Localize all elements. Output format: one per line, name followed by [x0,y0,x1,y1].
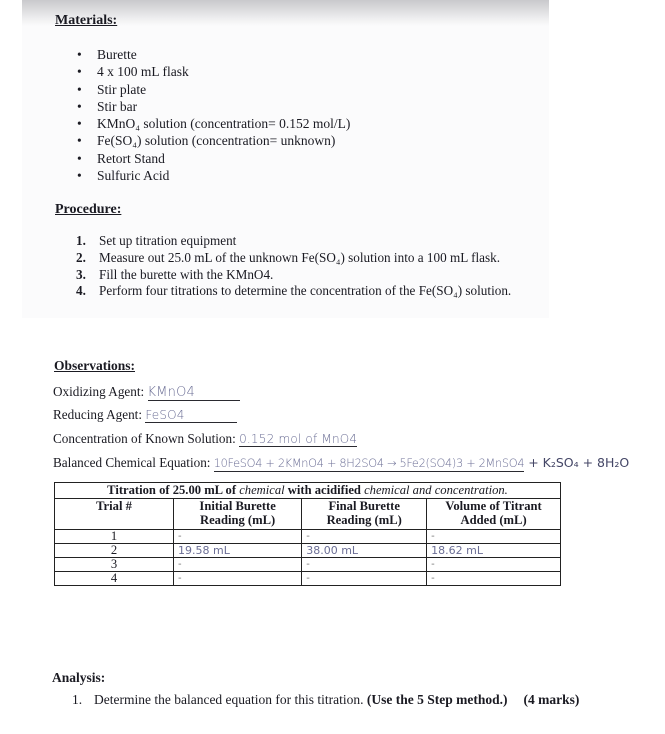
volume-cell[interactable]: - [427,558,561,572]
material-item: Sulfuric Acid [77,167,350,184]
initial-reading-cell[interactable]: 19.58 mL [174,544,302,558]
reducing-agent-field[interactable]: FeSO4 [145,408,237,423]
initial-reading-cell[interactable]: - [174,558,302,572]
column-header: Final Burette Reading (mL) [302,499,427,530]
material-item: Fe(SO₄) solution (concentration= unknown… [77,132,350,149]
column-header: Volume of Titrant Added (mL) [427,499,561,530]
oxidizing-agent-row: Oxidizing Agent: KMnO4 [53,384,240,401]
procedure-step: 3.Fill the burette with the KMnO4. [76,267,511,284]
oxidizing-agent-field[interactable]: KMnO4 [148,386,240,401]
material-item: Stir plate [77,81,350,98]
table-row: 4 - - - [55,572,561,586]
materials-heading: Materials: [55,13,117,29]
concentration-label: Concentration of Known Solution: [53,431,236,446]
concentration-field[interactable]: 0.152 mol of MnO4 [239,432,357,447]
initial-reading-cell[interactable]: - [174,530,302,544]
analysis-heading: Analysis: [52,670,105,686]
final-reading-cell[interactable]: - [302,572,427,586]
analysis-question: 1.Determine the balanced equation for th… [72,692,579,708]
procedure-step: 4.Perform four titrations to determine t… [76,283,511,300]
material-item: 4 x 100 mL flask [77,63,350,80]
volume-cell[interactable]: - [427,530,561,544]
table-caption: Titration of 25.00 mL of chemical with a… [55,483,561,499]
observations-heading: Observations: [54,358,135,374]
procedure-step: 2.Measure out 25.0 mL of the unknown Fe(… [76,250,511,267]
table-row: 3 - - - [55,558,561,572]
procedure-list: 1.Set up titration equipment 2.Measure o… [76,233,511,300]
reducing-agent-label: Reducing Agent: [53,407,142,422]
equation-label: Balanced Chemical Equation: [53,455,210,470]
material-item: Stir bar [77,98,350,115]
final-reading-cell[interactable]: 38.00 mL [302,544,427,558]
material-item: KMnO₄ solution (concentration= 0.152 mol… [77,115,350,132]
table-row: 2 19.58 mL 38.00 mL 18.62 mL [55,544,561,558]
final-reading-cell[interactable]: - [302,558,427,572]
volume-cell[interactable]: 18.62 mL [427,544,561,558]
table-row: 1 - - - [55,530,561,544]
material-item: Burette [77,46,350,63]
marks-label: (4 marks) [524,692,580,707]
material-item: Retort Stand [77,150,350,167]
column-header: Initial Burette Reading (mL) [174,499,302,530]
final-reading-cell[interactable]: - [302,530,427,544]
concentration-row: Concentration of Known Solution: 0.152 m… [53,431,357,447]
titration-table: Titration of 25.00 mL of chemical with a… [54,482,561,586]
oxidizing-agent-label: Oxidizing Agent: [53,384,144,399]
column-header: Trial # [55,499,174,530]
equation-row: Balanced Chemical Equation: 10FeSO4 + 2K… [53,455,629,472]
volume-cell[interactable]: - [427,572,561,586]
materials-list: Burette 4 x 100 mL flask Stir plate Stir… [77,46,350,184]
procedure-step: 1.Set up titration equipment [76,233,511,250]
equation-field[interactable]: 10FeSO4 + 2KMnO4 + 8H2SO4 → 5Fe2(SO4)3 +… [214,457,524,472]
equation-tail: + K₂SO₄ + 8H₂O [524,455,629,470]
procedure-heading: Procedure: [55,202,121,218]
initial-reading-cell[interactable]: - [174,572,302,586]
reducing-agent-row: Reducing Agent: FeSO4 [53,407,237,423]
